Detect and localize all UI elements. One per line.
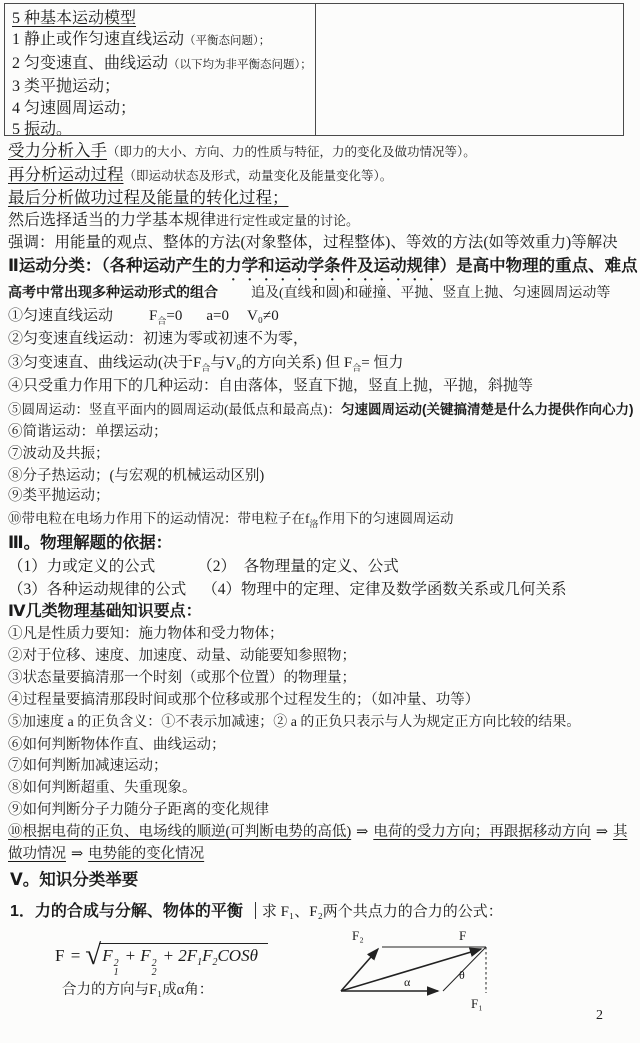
box-item-2: 2 匀变速直、曲线运动（以下均为非平衡态问题）； xyxy=(12,53,315,76)
box-item-note: （平衡态问题）； xyxy=(184,35,270,47)
document-page: 5 种基本运动模型 1 静止或作匀速直线运动（平衡态问题）； 2 匀变速直、曲线… xyxy=(0,0,640,1043)
item-text: 求 F₁、F₂两个共点力的合力的公式： xyxy=(262,904,503,920)
box-title-line: 5 种基本运动模型 xyxy=(12,8,315,29)
step-head: 最后分析做功过程及能量的转化过程； xyxy=(8,188,289,207)
step-head: 受力分析入手 xyxy=(8,141,107,160)
label-F2: F₂ xyxy=(352,928,364,943)
emphasized-text: 力学和运动学条件及运动规律 xyxy=(225,257,440,275)
label-F: F xyxy=(459,928,466,943)
sec2-item-9: ⑨类平抛运动； xyxy=(8,487,640,506)
stacked-sup-sub: 22 xyxy=(152,960,157,977)
box-right-cell-empty xyxy=(316,4,623,135)
then-tail: 进行定性或定量的讨论。 xyxy=(216,213,359,228)
sec2-item-8: ⑧分子热运动；(与宏观的机械运动区别) xyxy=(8,465,640,487)
section5: Ⅴ。知识分类举要 1．力的合成与分解、物体的平衡求 F₁、F₂两个共点力的合力的… xyxy=(0,865,640,1041)
sec4-item-8: ⑧如何判断超重、失重现象。 xyxy=(8,777,640,799)
force-parallelogram-diagram: F₂ F F₁ α θ xyxy=(326,927,516,1015)
box-item-5: 5 振动。 xyxy=(12,119,315,140)
then-line: 然后选择适当的力学基本规律进行定性或定量的讨论。 xyxy=(8,210,640,231)
lorentz-force-subscript: 洛 xyxy=(310,519,319,529)
sec4-item-7: ⑦如何判断加减速运动； xyxy=(8,756,640,777)
sec4-item-1: ①凡是性质力要知：施力物体和受力物体； xyxy=(8,623,640,645)
implies-arrow: ⇒ xyxy=(591,824,613,840)
box-item-4: 4 匀速圆周运动； xyxy=(12,98,315,119)
sec5-item-1: 1．力的合成与分解、物体的平衡求 F₁、F₂两个共点力的合力的公式： xyxy=(10,900,640,924)
step-head: 再分析运动过程 xyxy=(8,165,124,184)
sec2-item-7: ⑦波动及共振； xyxy=(8,443,640,465)
basic-motion-models-box: 5 种基本运动模型 1 静止或作匀速直线运动（平衡态问题）； 2 匀变速直、曲线… xyxy=(4,3,624,136)
sec2-item-6: ⑥简谐运动：单摆运动； xyxy=(8,421,640,443)
bold-emphasis: 匀速圆周运动(关键搞清楚是什么力提供作向心力) xyxy=(341,402,634,417)
step-line-1: 受力分析入手（即力的大小、方向、力的性质与特征，力的变化及做功情况等）。 xyxy=(8,139,640,163)
item-heading: 1．力的合成与分解、物体的平衡 xyxy=(10,903,243,920)
step-note: （即运动状态及形式，动量变化及能量变化等）。 xyxy=(124,169,393,183)
sec4-item-3: ③状态量要搞清那一个时刻（或那个位置）的物理量； xyxy=(8,667,640,690)
label-alpha: α xyxy=(404,975,411,989)
subtitle-rest: 追及(直线和圆)和碰撞、平抛、竖直上抛、匀速圆周运动等 xyxy=(251,286,610,301)
box-title: 5 种基本运动模型 xyxy=(12,10,136,27)
formula-lhs: F = xyxy=(55,946,81,965)
box-item-note: （以下均为非平衡态问题）； xyxy=(168,59,312,71)
box-item-1: 1 静止或作匀速直线运动（平衡态问题）； xyxy=(12,29,315,52)
force-direction-segment: 电荷的受力方向；再跟据移动方向 xyxy=(373,824,591,840)
sec2-item-2: ②匀变速直线运动：初速为零或初速不为零， xyxy=(8,328,640,351)
document-body: 受力分析入手（即力的大小、方向、力的性质与特征，力的变化及做功情况等）。 再分析… xyxy=(0,139,640,865)
divider-bar xyxy=(255,902,256,919)
sec4-item-9: ⑨如何判断分子力随分子距离的变化规律 xyxy=(8,799,640,821)
section5-title: Ⅴ。知识分类举要 xyxy=(0,865,640,892)
sec4-item-4: ④过程量要搞清那段时间或那个位移或那个过程发生的；（如冲量、功等） xyxy=(8,690,640,711)
box-item-3: 3 类平抛运动； xyxy=(12,76,315,97)
sec3-line-1: （1）力或定义的公式（2） 各物理量的定义、公式 xyxy=(8,555,640,578)
stacked-sup-sub: 21 xyxy=(114,960,119,977)
step-line-3: 最后分析做功过程及能量的转化过程； xyxy=(8,186,640,210)
sec4-item-5: ⑤加速度 a 的正负含义：①不表示加减速；② a 的正负只表示与人为规定正方向比… xyxy=(8,711,640,735)
section4-title: Ⅳ几类物理基础知识要点： xyxy=(8,601,640,623)
section3-title: Ⅲ。物理解题的依据： xyxy=(8,531,640,555)
net-force-subscript: 合 xyxy=(201,363,210,373)
implies-arrow: ⇒ xyxy=(66,846,88,862)
implies-arrow: ⇒ xyxy=(351,824,373,840)
section2-title: Ⅱ运动分类：（各种运动产生的力学和运动学条件及运动规律）是高中物理的重点、难点 xyxy=(8,254,640,279)
emphasis-line: 强调：用能量的观点、整体的方法(对象整体，过程整体)、等效的方法(如等效重力)等… xyxy=(8,231,640,254)
sec2-item-10: ⑩带电粒在电场力作用下的运动情况：带电粒子在f洛作用下的匀速圆周运动 xyxy=(8,506,640,531)
section2-subtitle: 高考中常出现多种运动形式的组合追及(直线和圆)和碰撞、平抛、竖直上抛、匀速圆周运… xyxy=(8,279,640,305)
label-F1: F₁ xyxy=(471,996,483,1011)
sec4-item-10: ⑩根据电荷的正负、电场线的顺逆(可判断电势的高低)⇒电荷的受力方向；再跟据移动方… xyxy=(8,821,640,865)
radicand: F21+F22+2F1F2COSθ xyxy=(99,943,268,977)
subtitle-bold: 高考中常出现多种运动形式的组合 xyxy=(8,284,218,300)
charge-rule-segment: ⑩根据电荷的正负、电场线的顺逆(可判断电势的高低) xyxy=(8,824,351,840)
box-left-cell: 5 种基本运动模型 1 静止或作匀速直线运动（平衡态问题）； 2 匀变速直、曲线… xyxy=(5,4,316,135)
net-force-subscript: 合 xyxy=(352,363,361,373)
step-note: （即力的大小、方向、力的性质与特征，力的变化及做功情况等）。 xyxy=(107,145,476,159)
sec2-item-1: ①匀速直线运动F合=0a=0V₀≠0 xyxy=(8,305,640,328)
sec2-item-5: ⑤圆周运动：竖直平面内的圆周运动(最低点和最高点)：匀速圆周运动(关键搞清楚是什… xyxy=(8,398,640,421)
label-theta: θ xyxy=(459,968,465,982)
sec3-line-2: （3）各种运动规律的公式（4）物理中的定理、定律及数学函数关系或几何关系 xyxy=(8,578,640,601)
sec4-item-6: ⑥如何判断物体作直、曲线运动； xyxy=(8,735,640,756)
radical-sign: √ xyxy=(85,939,101,971)
step-line-2: 再分析运动过程（即运动状态及形式，动量变化及能量变化等）。 xyxy=(8,163,640,186)
sec2-item-3: ③匀变速直、曲线运动(决于F合与V₀的方向关系) 但 F合= 恒力 xyxy=(8,351,640,375)
sec4-item-2: ②对于位移、速度、加速度、动量、动能要知参照物； xyxy=(8,645,640,667)
page-number: 2 xyxy=(596,1008,603,1024)
sec2-item-4: ④只受重力作用下的几种运动：自由落体，竖直下抛，竖直上抛，平抛，斜抛等 xyxy=(8,375,640,398)
potential-energy-segment: 电势能的变化情况 xyxy=(88,846,204,862)
